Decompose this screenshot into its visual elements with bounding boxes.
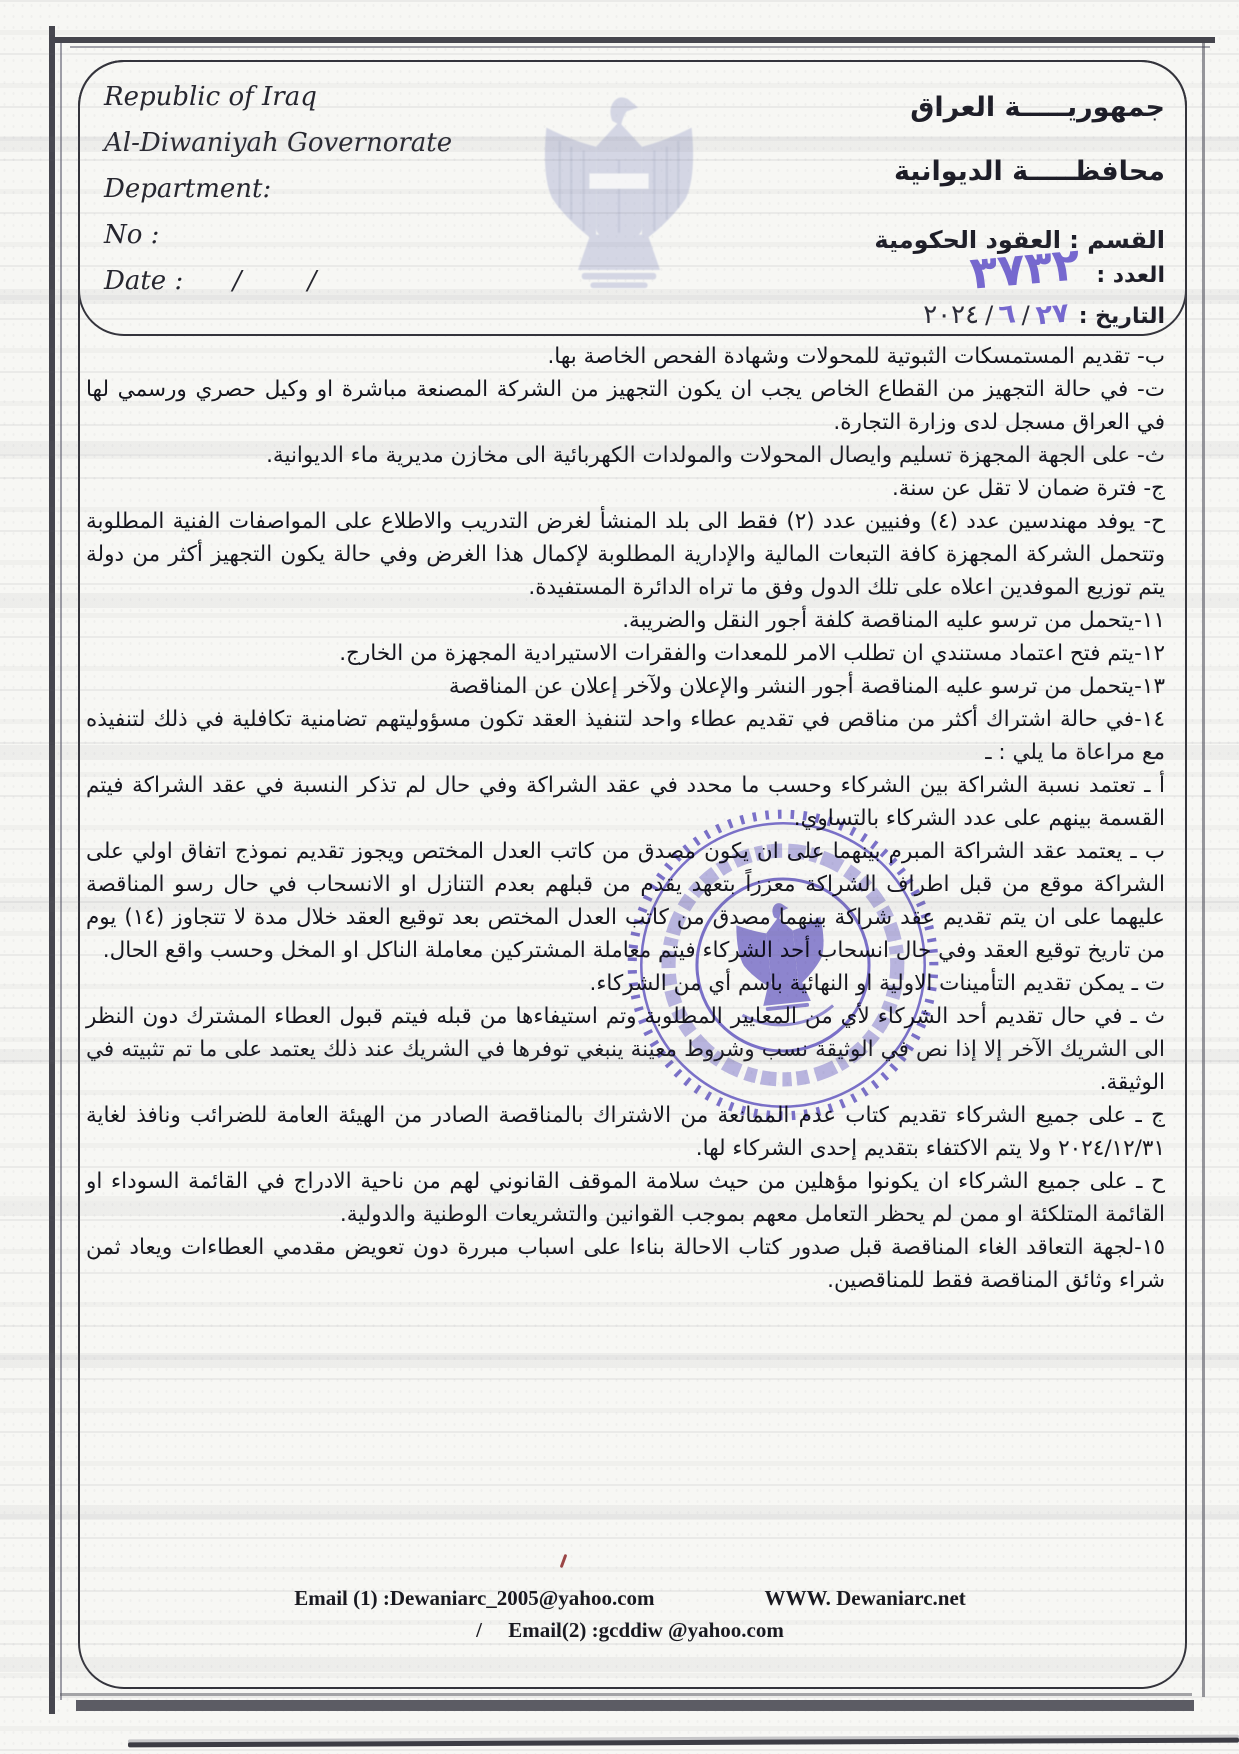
date-month-handwritten: ٦: [998, 298, 1018, 331]
country-name-ar: جمهوريـــــة العراق: [910, 92, 1165, 123]
governorate-name-ar: محافظـــــة الديوانية: [894, 156, 1165, 187]
scan-slanted-line-bottom: [128, 1738, 1239, 1748]
iraq-eagle-emblem-watermark: [533, 90, 705, 298]
number-label-ar: العدد :: [1096, 263, 1165, 292]
scan-band-bottom-thick: [76, 1700, 1194, 1711]
scan-edge-left-echo: [60, 40, 62, 1700]
date-separator: /: [1022, 301, 1030, 329]
date-year-handwritten: ٢٠٢٤: [923, 300, 979, 330]
emblem-flag-band: [589, 173, 648, 188]
scanned-document-page: Republic of Iraq Al-Diwaniyah Governorat…: [0, 0, 1239, 1754]
scan-edge-top-echo: [70, 46, 1210, 48]
scan-edge-top: [55, 37, 1215, 43]
date-label-ar: التاريخ :: [1079, 304, 1165, 329]
document-date-row: التاريخ : ٢٠٢٤ / ٦ / ٢٧: [923, 299, 1165, 330]
body-paragraph: ب- تقديم المستمسكات الثبوتية للمحولات وش…: [86, 340, 1165, 373]
scan-band-bottom-thin: [60, 1693, 1192, 1696]
document-date-value: ٢٠٢٤ / ٦ / ٢٧: [923, 299, 1069, 330]
body-paragraph: ١١-يتحمل من ترسو عليه المناقصة كلفة أجور…: [86, 604, 1165, 637]
date-line-en: Date : / /: [104, 268, 452, 294]
body-paragraph: ت- في حالة التجهيز من القطاع الخاص يجب ا…: [86, 373, 1165, 439]
scan-edge-left: [49, 26, 55, 1714]
email-1: Email (1) :Dewaniarc_2005@yahoo.com: [294, 1586, 654, 1611]
date-day-handwritten: ٢٧: [1034, 297, 1070, 331]
date-separator: /: [985, 301, 993, 329]
official-stamp: [599, 781, 966, 1148]
contact-footer: Email (1) :Dewaniarc_2005@yahoo.com WWW.…: [80, 1586, 1180, 1643]
email-2: / Email(2) :gcddiw @yahoo.com: [80, 1618, 1180, 1643]
body-paragraph: ث- على الجهة المجهزة تسليم وايصال المحول…: [86, 439, 1165, 472]
footer-line-1: Email (1) :Dewaniarc_2005@yahoo.com WWW.…: [80, 1586, 1180, 1611]
body-paragraph: ١٣-يتحمل من ترسو عليه المناقصة أجور النش…: [86, 670, 1165, 703]
date-label-en: Date :: [104, 266, 183, 296]
body-paragraph: ١٢-يتم فتح اعتماد مستندي ان تطلب الامر ل…: [86, 637, 1165, 670]
date-slashes: / /: [183, 266, 316, 296]
department-label-en: Department:: [104, 176, 452, 202]
letterhead-english: Republic of Iraq Al-Diwaniyah Governorat…: [104, 84, 452, 314]
body-paragraph: ج- فترة ضمان لا تقل عن سنة.: [86, 472, 1165, 505]
document-number-handwritten: ٣٧٣٢: [969, 241, 1082, 296]
body-paragraph: ١٤-في حالة اشتراك أكثر من مناقص في تقديم…: [86, 703, 1165, 769]
body-paragraph: ج ـ على جميع الشركاء تقديم كتاب عدم المم…: [86, 1099, 1165, 1165]
scan-edge-right: [1202, 42, 1205, 1697]
country-name-en: Republic of Iraq: [104, 84, 452, 110]
body-paragraph: ح- يوفد مهندسين عدد (٤) وفنيين عدد (٢) ف…: [86, 505, 1165, 604]
body-paragraph: ح ـ على جميع الشركاء ان يكونوا مؤهلين من…: [86, 1165, 1165, 1231]
document-number-row: العدد : ٣٧٣٢: [970, 246, 1165, 292]
website: WWW. Dewaniarc.net: [765, 1586, 966, 1611]
number-label-en: No :: [104, 222, 452, 248]
body-paragraph: ١٥-لجهة التعاقد الغاء المناقصة قبل صدور …: [86, 1231, 1165, 1297]
governorate-name-en: Al-Diwaniyah Governorate: [104, 130, 452, 156]
